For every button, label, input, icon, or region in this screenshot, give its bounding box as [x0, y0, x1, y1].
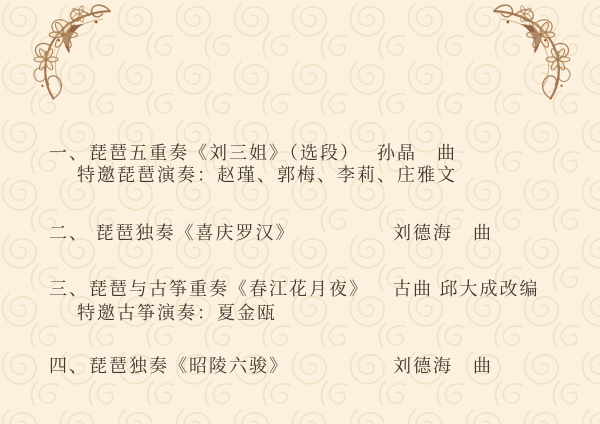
- program-item-3-composer: 古曲 邱大成改编: [393, 280, 540, 299]
- concert-program-page: 一、琵琶五重奏《刘三姐》（选段） 孙晶 曲 特邀琵琶演奏：赵瑾、郭梅、李莉、庄雅…: [0, 0, 600, 424]
- program-list: 一、琵琶五重奏《刘三姐》（选段） 孙晶 曲 特邀琵琶演奏：赵瑾、郭梅、李莉、庄雅…: [0, 0, 600, 424]
- program-item-2-composer: 刘德海 曲: [393, 224, 493, 243]
- program-item-1-title: 一、琵琶五重奏《刘三姐》（选段）: [49, 144, 360, 163]
- program-item-2-title: 二、 琵琶独奏《喜庆罗汉》: [49, 224, 296, 243]
- program-item-4-composer: 刘德海 曲: [393, 357, 493, 376]
- program-item-4-title: 四、琵琶独奏《昭陵六骏》: [49, 357, 289, 376]
- program-item-1-composer: 孙晶 曲: [377, 144, 457, 163]
- program-item-3-performers-note: 特邀古筝演奏：夏金瓯: [77, 304, 277, 323]
- program-item-3-title: 三、琵琶与古筝重奏《春江花月夜》: [49, 280, 369, 299]
- program-item-1-performers-note: 特邀琵琶演奏：赵瑾、郭梅、李莉、庄雅文: [77, 166, 457, 185]
